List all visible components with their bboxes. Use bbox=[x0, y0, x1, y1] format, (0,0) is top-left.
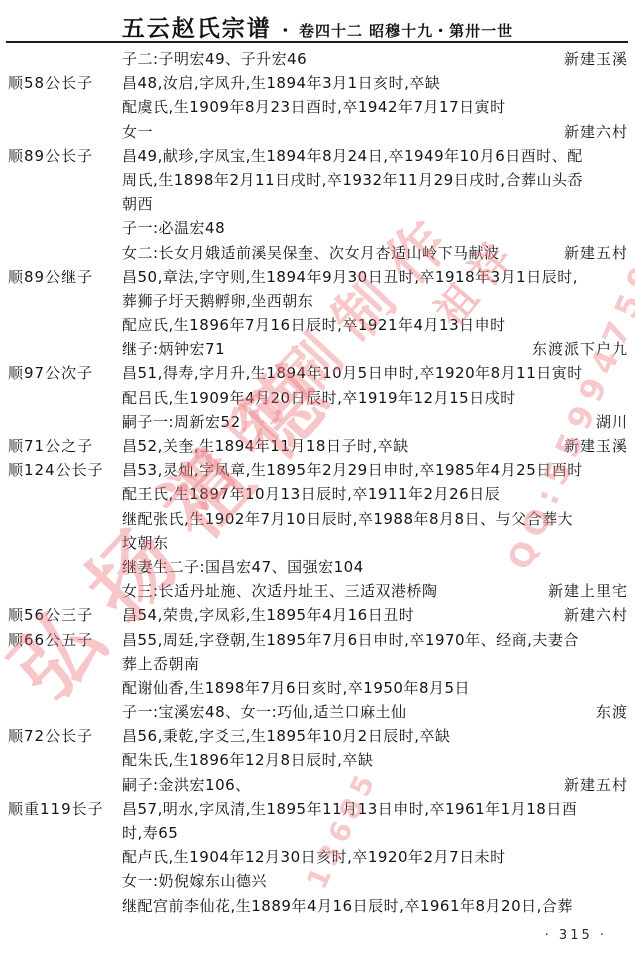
place-annotation: 东渡 bbox=[596, 700, 635, 724]
entry-text: 昌52,关奎,生1894年11月18日子时,卒缺 bbox=[122, 434, 409, 458]
genealogy-line: 顺重119长子昌57,明水,字凤清,生1895年11月13日申时,卒1961年1… bbox=[0, 797, 635, 821]
volume-generation-subtitle: 卷四十二 昭穆十九・第卅一世 bbox=[299, 22, 513, 40]
entry-text: 葬狮子圩天鹅孵卵,坐西朝东 bbox=[122, 289, 313, 313]
place-annotation: 新建六村 bbox=[564, 603, 635, 627]
genealogy-line: 葬狮子圩天鹅孵卵,坐西朝东 bbox=[0, 289, 635, 313]
entry-text: 配虞氏,生1909年8月23日酉时,卒1942年7月17日寅时 bbox=[122, 95, 506, 119]
kinship-label: 顺89公继子 bbox=[0, 265, 122, 289]
genealogy-line: 配王氏,生1897年10月13日辰时,卒1911年2月26日辰 bbox=[0, 482, 635, 506]
entry-text: 配朱氏,生1896年12月8日辰时,卒缺 bbox=[122, 748, 373, 772]
page-header: 五云赵氏宗谱 ・ 卷四十二 昭穆十九・第卅一世 bbox=[0, 10, 635, 43]
genealogy-line: 嗣子一:周新宏52湖川 bbox=[0, 410, 635, 434]
entry-text: 配吕氏,生1909年4月20日辰时,卒1919年12月15日戌时 bbox=[122, 386, 516, 410]
genealogy-line: 继配张氏,生1902年7月10日辰时,卒1988年8月8日、与父合葬大 bbox=[0, 507, 635, 531]
genealogy-line: 顺71公之子昌52,关奎,生1894年11月18日子时,卒缺新建玉溪 bbox=[0, 434, 635, 458]
entry-text: 女一:奶倪嫁东山德兴 bbox=[122, 869, 267, 893]
kinship-label: 顺66公五子 bbox=[0, 628, 122, 652]
entry-text: 昌51,得寿,字月升,生1894年10月5日申时,卒1920年8月11日寅时 bbox=[122, 361, 583, 385]
entry-text: 女一 bbox=[122, 120, 153, 144]
genealogy-line: 女三:长适丹址施、次适丹址王、三适双港桥陶新建上里宅 bbox=[0, 579, 635, 603]
place-annotation: 湖川 bbox=[596, 410, 635, 434]
entry-text: 配谢仙香,生1898年7月6日亥时,卒1950年8月5日 bbox=[122, 676, 470, 700]
entry-text: 昌53,灵灿,字凤章,生1895年2月29日申时,卒1985年4月25日酉时 bbox=[122, 458, 583, 482]
genealogy-rows: 子二:子明宏49、子升宏46新建玉溪顺58公长子昌48,汝启,字凤升,生1894… bbox=[0, 47, 635, 918]
entry-text: 继配张氏,生1902年7月10日辰时,卒1988年8月8日、与父合葬大 bbox=[122, 507, 573, 531]
genealogy-line: 顺72公长子昌56,秉乾,字爻三,生1895年10月2日辰时,卒缺 bbox=[0, 724, 635, 748]
genealogy-line: 顺89公继子昌50,章法,字守则,生1894年9月30日丑时,卒1918年3月1… bbox=[0, 265, 635, 289]
genealogy-line: 配吕氏,生1909年4月20日辰时,卒1919年12月15日戌时 bbox=[0, 386, 635, 410]
genealogy-line: 配应氏,生1896年7月16日辰时,卒1921年4月13日申时 bbox=[0, 313, 635, 337]
place-annotation: 新建玉溪 bbox=[564, 434, 635, 458]
entry-text: 继子:炳钟宏71 bbox=[122, 337, 225, 361]
entry-text: 子一:必温宏48 bbox=[122, 216, 225, 240]
genealogy-line: 继妻生二子:国昌宏47、国强宏104 bbox=[0, 555, 635, 579]
place-annotation: 东渡派下户九 bbox=[532, 337, 635, 361]
entry-text: 子二:子明宏49、子升宏46 bbox=[122, 47, 307, 71]
genealogy-line: 顺97公次子昌51,得寿,字月升,生1894年10月5日申时,卒1920年8月1… bbox=[0, 361, 635, 385]
header-rule bbox=[6, 41, 628, 43]
genealogy-line: 顺124公长子昌53,灵灿,字凤章,生1895年2月29日申时,卒1985年4月… bbox=[0, 458, 635, 482]
genealogy-line: 坟朝东 bbox=[0, 531, 635, 555]
genealogy-line: 周氏,生1898年2月11日戌时,卒1932年11月29日戌时,合葬山头岙 bbox=[0, 168, 635, 192]
entry-text: 继配宫前李仙花,生1889年4月16日辰时,卒1961年8月20日,合葬 bbox=[122, 894, 573, 918]
genealogy-line: 继子:炳钟宏71东渡派下户九 bbox=[0, 337, 635, 361]
kinship-label: 顺72公长子 bbox=[0, 724, 122, 748]
genealogy-line: 配虞氏,生1909年8月23日酉时,卒1942年7月17日寅时 bbox=[0, 95, 635, 119]
place-annotation: 新建上里宅 bbox=[548, 579, 635, 603]
genealogy-line: 时,寿65 bbox=[0, 821, 635, 845]
genealogy-line: 子一:必温宏48 bbox=[0, 216, 635, 240]
place-annotation: 新建六村 bbox=[564, 120, 635, 144]
entry-text: 配王氏,生1897年10月13日辰时,卒1911年2月26日辰 bbox=[122, 482, 500, 506]
entry-text: 昌55,周廷,字登朝,生1895年7月6日申时,卒1970年、经商,夫妻合 bbox=[122, 628, 579, 652]
entry-text: 时,寿65 bbox=[122, 821, 178, 845]
genealogy-line: 顺56公三子昌54,荣贵,字凤彩,生1895年4月16日丑时新建六村 bbox=[0, 603, 635, 627]
entry-text: 昌49,献珍,字凤宝,生1894年8月24日,卒1949年10月6日酉时、配 bbox=[122, 144, 583, 168]
entry-text: 昌57,明水,字凤清,生1895年11月13日申时,卒1961年1月18日酉 bbox=[122, 797, 577, 821]
book-title: 五云赵氏宗谱 bbox=[122, 16, 272, 42]
genealogy-line: 继配宫前李仙花,生1889年4月16日辰时,卒1961年8月20日,合葬 bbox=[0, 894, 635, 918]
entry-text: 昌50,章法,字守则,生1894年9月30日丑时,卒1918年3月1日辰时, bbox=[122, 265, 578, 289]
kinship-label: 顺重119长子 bbox=[0, 797, 122, 821]
genealogy-page: 弘扬祖德谱印刷制作祖祥QQ:55994759913685 五云赵氏宗谱 ・ 卷四… bbox=[0, 0, 635, 968]
genealogy-line: 嗣子:金洪宏106、新建五村 bbox=[0, 773, 635, 797]
genealogy-line: 女二:长女月娥适前溪吴保奎、次女月杏适山岭下马献波新建五村 bbox=[0, 241, 635, 265]
genealogy-line: 配朱氏,生1896年12月8日辰时,卒缺 bbox=[0, 748, 635, 772]
kinship-label: 顺71公之子 bbox=[0, 434, 122, 458]
genealogy-line: 配卢氏,生1904年12月30日亥时,卒1920年2月7日未时 bbox=[0, 845, 635, 869]
entry-text: 昌54,荣贵,字凤彩,生1895年4月16日丑时 bbox=[122, 603, 414, 627]
kinship-label: 顺58公长子 bbox=[0, 71, 122, 95]
kinship-label: 顺56公三子 bbox=[0, 603, 122, 627]
entry-text: 昌56,秉乾,字爻三,生1895年10月2日辰时,卒缺 bbox=[122, 724, 450, 748]
entry-text: 周氏,生1898年2月11日戌时,卒1932年11月29日戌时,合葬山头岙 bbox=[122, 168, 583, 192]
entry-text: 葬上岙朝南 bbox=[122, 652, 200, 676]
place-annotation: 新建五村 bbox=[564, 773, 635, 797]
kinship-label: 顺89公长子 bbox=[0, 144, 122, 168]
place-annotation: 新建五村 bbox=[564, 241, 635, 265]
genealogy-line: 葬上岙朝南 bbox=[0, 652, 635, 676]
genealogy-line: 朝西 bbox=[0, 192, 635, 216]
entry-text: 坟朝东 bbox=[122, 531, 169, 555]
entry-text: 女二:长女月娥适前溪吴保奎、次女月杏适山岭下马献波 bbox=[122, 241, 500, 265]
genealogy-line: 女一新建六村 bbox=[0, 120, 635, 144]
title-separator: ・ bbox=[272, 21, 299, 40]
entry-text: 配卢氏,生1904年12月30日亥时,卒1920年2月7日未时 bbox=[122, 845, 506, 869]
genealogy-line: 配谢仙香,生1898年7月6日亥时,卒1950年8月5日 bbox=[0, 676, 635, 700]
genealogy-line: 女一:奶倪嫁东山德兴 bbox=[0, 869, 635, 893]
entry-text: 配应氏,生1896年7月16日辰时,卒1921年4月13日申时 bbox=[122, 313, 506, 337]
entry-text: 嗣子:金洪宏106、 bbox=[122, 773, 251, 797]
entry-text: 女三:长适丹址施、次适丹址王、三适双港桥陶 bbox=[122, 579, 438, 603]
kinship-label: 顺97公次子 bbox=[0, 361, 122, 385]
kinship-label: 顺124公长子 bbox=[0, 458, 122, 482]
genealogy-line: 子二:子明宏49、子升宏46新建玉溪 bbox=[0, 47, 635, 71]
place-annotation: 新建玉溪 bbox=[564, 47, 635, 71]
entry-text: 昌48,汝启,字凤升,生1894年3月1日亥时,卒缺 bbox=[122, 71, 440, 95]
entry-text: 子一:宝溪宏48、女一:巧仙,适兰口麻土仙 bbox=[122, 700, 406, 724]
entry-text: 朝西 bbox=[122, 192, 153, 216]
genealogy-line: 顺66公五子昌55,周廷,字登朝,生1895年7月6日申时,卒1970年、经商,… bbox=[0, 628, 635, 652]
entry-text: 嗣子一:周新宏52 bbox=[122, 410, 241, 434]
genealogy-line: 顺58公长子昌48,汝启,字凤升,生1894年3月1日亥时,卒缺 bbox=[0, 71, 635, 95]
genealogy-line: 顺89公长子昌49,献珍,字凤宝,生1894年8月24日,卒1949年10月6日… bbox=[0, 144, 635, 168]
page-number: · 315 · bbox=[545, 928, 607, 943]
genealogy-line: 子一:宝溪宏48、女一:巧仙,适兰口麻土仙东渡 bbox=[0, 700, 635, 724]
entry-text: 继妻生二子:国昌宏47、国强宏104 bbox=[122, 555, 364, 579]
